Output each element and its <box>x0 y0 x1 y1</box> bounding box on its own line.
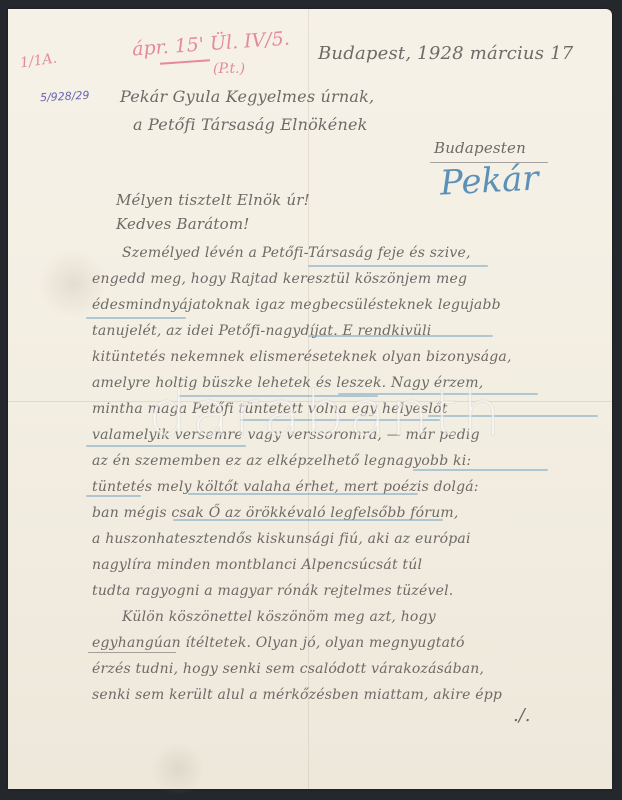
body-line: tudta ragyogni a magyar rónák rejtelmes … <box>92 583 453 599</box>
red-date-annotation: ápr. 15' Ül. IV/5. <box>131 28 290 61</box>
body-line: a huszonhatesztendős kiskunsági fiú, aki… <box>92 531 471 547</box>
archive-number: 5/928/29 <box>40 89 90 105</box>
body-line: Külön köszönettel köszönöm meg azt, hogy <box>122 609 436 625</box>
blue-underline <box>86 317 186 319</box>
body-line: engedd meg, hogy Rajtad keresztül köszön… <box>92 271 467 287</box>
pencil-underline <box>88 652 176 653</box>
letter-page: 1/1A. ápr. 15' Ül. IV/5. (P.t.) 5/928/29… <box>8 9 612 789</box>
continuation-mark: ./. <box>513 705 531 726</box>
body-line: kitüntetés nekemnek elismeréseteknek oly… <box>92 349 512 365</box>
blue-underline <box>413 469 548 471</box>
red-annotation-underline <box>160 59 210 64</box>
red-paren-annotation: (P.t.) <box>213 61 245 77</box>
salutation-friendly: Kedves Barátom! <box>116 215 250 233</box>
place-and-date: Budapest, 1928 március 17 <box>318 43 573 64</box>
recipient-name: Pekár Gyula Kegyelmes úrnak, <box>120 87 374 106</box>
body-line: az én szememben ez az elképzelhető legna… <box>92 453 471 469</box>
body-line: nagylíra minden montblanci Alpencsúcsát … <box>92 557 422 573</box>
body-line: érzés tudni, hogy senki sem csalódott vá… <box>92 661 484 677</box>
paper-stain <box>148 744 208 794</box>
body-line: édesmindnyájatoknak igaz megbecsüléstekn… <box>92 297 501 313</box>
recipient-title: a Petőfi Társaság Elnökének <box>133 115 368 134</box>
body-line: egyhangúan ítéltetek. Olyan jó, olyan me… <box>92 635 465 651</box>
recipient-city: Budapesten <box>434 139 526 157</box>
body-line: senki sem került alul a mérkőzésben miat… <box>92 687 502 703</box>
body-line: Személyed lévén a Petőfi-Társaság feje é… <box>122 245 471 261</box>
blue-underline <box>188 493 418 495</box>
blue-underline <box>308 265 488 267</box>
blue-underline <box>86 495 141 497</box>
blue-underline <box>308 335 493 337</box>
blue-underline <box>173 519 443 521</box>
red-corner-annotation: 1/1A. <box>19 50 58 71</box>
watermark: darabanth <box>148 377 505 450</box>
salutation-formal: Mélyen tisztelt Elnök úr! <box>116 191 310 209</box>
blue-pencil-signature: Pekár <box>439 158 540 203</box>
